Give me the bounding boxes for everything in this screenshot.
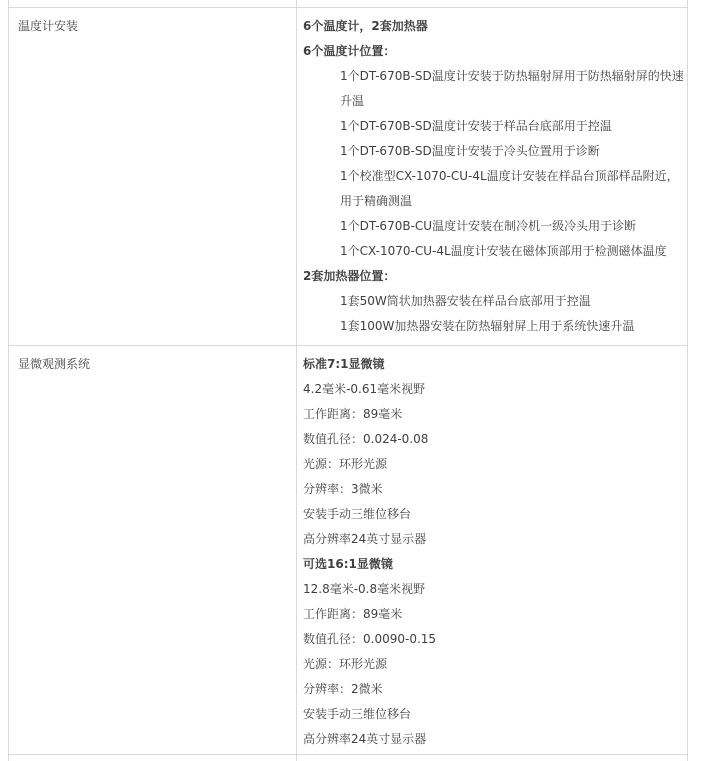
- spec-text-line: 1个DT-670B-SD温度计安装于冷头位置用于诊断: [340, 139, 681, 164]
- spec-text-line: 12.8毫米-0.8毫米视野: [303, 577, 681, 602]
- spec-text-line: 工作距离：89毫米: [303, 402, 681, 427]
- table-row: 显微观测系统标准7:1显微镜4.2毫米-0.61毫米视野工作距离：89毫米数值孔…: [9, 346, 687, 755]
- spec-page: 温度计安装6个温度计，2套加热器6个温度计位置：1个DT-670B-SD温度计安…: [0, 0, 702, 761]
- spec-text-line: 分辨率：3微米: [303, 477, 681, 502]
- spec-label-cell: [9, 0, 297, 7]
- spec-text-line: 1个DT-670B-CU温度计安装在制冷机一级冷头用于诊断: [340, 214, 681, 239]
- spec-label-cell: 显微观测系统: [9, 346, 297, 754]
- spec-text-line: 光源：环形光源: [303, 452, 681, 477]
- table-row-partial-top: [9, 0, 687, 8]
- spec-label: 温度计安装: [18, 14, 290, 39]
- spec-text-line: 用于精确测温: [340, 189, 681, 214]
- spec-text-line: 4.2毫米-0.61毫米视野: [303, 377, 681, 402]
- spec-text-line: 数值孔径：0.024-0.08: [303, 427, 681, 452]
- spec-text-line: 光源：环形光源: [303, 652, 681, 677]
- spec-table: 温度计安装6个温度计，2套加热器6个温度计位置：1个DT-670B-SD温度计安…: [8, 0, 688, 761]
- table-body: 温度计安装6个温度计，2套加热器6个温度计位置：1个DT-670B-SD温度计安…: [9, 8, 687, 755]
- spec-content-cell: [297, 755, 687, 761]
- spec-text-line: 1个校准型CX-1070-CU-4L温度计安装在样品台顶部样品附近，: [340, 164, 681, 189]
- spec-text-line: 1个DT-670B-SD温度计安装于样品台底部用于控温: [340, 114, 681, 139]
- spec-label-cell: 温度计安装: [9, 8, 297, 345]
- spec-text-line: 安装手动三维位移台: [303, 702, 681, 727]
- spec-content-cell: [297, 0, 687, 7]
- table-row-partial-bottom: [9, 755, 687, 761]
- spec-text-line: 数值孔径：0.0090-0.15: [303, 627, 681, 652]
- spec-heading-line: 6个温度计位置：: [303, 39, 681, 64]
- spec-text-line: 安装手动三维位移台: [303, 502, 681, 527]
- table-row: 温度计安装6个温度计，2套加热器6个温度计位置：1个DT-670B-SD温度计安…: [9, 8, 687, 346]
- spec-text-line: 升温: [340, 89, 681, 114]
- spec-text-line: 1套50W筒状加热器安装在样品台底部用于控温: [340, 289, 681, 314]
- spec-heading-line: 可选16:1显微镜: [303, 552, 681, 577]
- spec-text-line: 高分辨率24英寸显示器: [303, 727, 681, 752]
- spec-text-line: 工作距离：89毫米: [303, 602, 681, 627]
- spec-text-line: 1套100W加热器安装在防热辐射屏上用于系统快速升温: [340, 314, 681, 339]
- spec-text-line: 高分辨率24英寸显示器: [303, 527, 681, 552]
- spec-heading-line: 标准7:1显微镜: [303, 352, 681, 377]
- spec-content-cell: 6个温度计，2套加热器6个温度计位置：1个DT-670B-SD温度计安装于防热辐…: [297, 8, 687, 345]
- spec-label-cell: [9, 755, 297, 761]
- spec-heading-line: 6个温度计，2套加热器: [303, 14, 681, 39]
- spec-text-line: 1个CX-1070-CU-4L温度计安装在磁体顶部用于检测磁体温度: [340, 239, 681, 264]
- spec-label: 显微观测系统: [18, 352, 290, 377]
- spec-text-line: 分辨率：2微米: [303, 677, 681, 702]
- spec-text-line: 1个DT-670B-SD温度计安装于防热辐射屏用于防热辐射屏的快速: [340, 64, 681, 89]
- spec-heading-line: 2套加热器位置：: [303, 264, 681, 289]
- spec-content-cell: 标准7:1显微镜4.2毫米-0.61毫米视野工作距离：89毫米数值孔径：0.02…: [297, 346, 687, 754]
